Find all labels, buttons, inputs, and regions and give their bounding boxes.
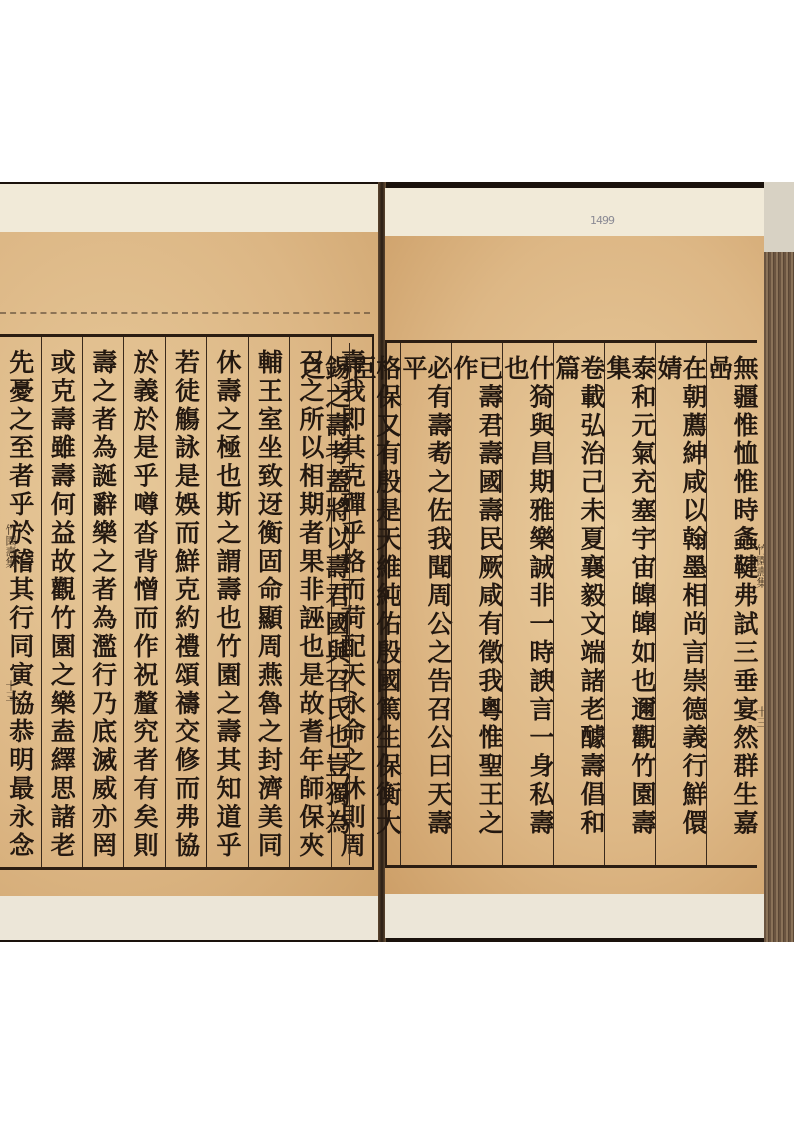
- book-fore-edge: [764, 182, 794, 942]
- pencil-page-number: 1499: [590, 214, 614, 227]
- right-page-bottom-margin: [385, 894, 765, 938]
- column-text: 卷載弘治己未夏襄毅文端諸老醵壽倡和篇: [554, 355, 604, 865]
- column-text: 已壽君壽國壽民厥咸有徵我粵惟聖王之作: [452, 355, 502, 865]
- column-text: 或克壽雖壽何益故觀竹園之樂盍繹思諸老: [49, 349, 74, 860]
- column-text: 輔王室坐致迓衡固命顯周燕魯之封濟美同: [256, 349, 281, 860]
- text-column: 壽之者為誕辭樂之者為濫行乃底滅威亦罔: [82, 337, 123, 867]
- left-margin-title: 竹園壽集: [2, 524, 18, 568]
- right-page: 1499 無疆惟恤惟時螽鞬弗試三垂宴然群生嘉喦 在朝薦紳咸以翰墨相尚言崇德義行鮮…: [385, 188, 765, 938]
- left-page-bottom-margin: [0, 896, 380, 940]
- text-column: 輔王室坐致迓衡固命顯周燕魯之封濟美同: [248, 337, 289, 867]
- open-book: 壽我即其克殫乎格而荷配天永命之休則周 召之所以相期者果非誣也是故耆年師保夾 輔王…: [0, 182, 794, 942]
- column-text: 壽之者為誕辭樂之者為濫行乃底滅威亦罔: [91, 349, 116, 860]
- text-column: 若徒觴詠是娛而鮮克約禮頌禱交修而弗協: [165, 337, 206, 867]
- column-text: 錫之壽考蓋將以壽君國與召氏也豈獨為之: [299, 355, 349, 865]
- text-column: 已壽君壽國壽民厥咸有徵我粵惟聖王之作: [451, 343, 502, 865]
- column-text: 必有壽耇之佐我聞周公之告召公曰天壽平: [401, 355, 451, 865]
- column-text: 休壽之極也斯之謂壽也竹園之壽其知道乎: [215, 349, 240, 860]
- right-page-text-frame: 無疆惟恤惟時螽鞬弗試三垂宴然群生嘉喦 在朝薦紳咸以翰墨相尚言崇德義行鮮儇婧 泰和…: [385, 340, 757, 868]
- column-text: 什猗與昌期雅樂誠非一時諛言一身私壽也: [503, 355, 553, 865]
- left-page-fold-mark: [0, 312, 370, 316]
- text-column: 無疆惟恤惟時螽鞬弗試三垂宴然群生嘉喦: [706, 343, 757, 865]
- text-column: 在朝薦紳咸以翰墨相尚言崇德義行鮮儇婧: [655, 343, 706, 865]
- text-column: 先憂之至者乎於稽其行同寅協恭明最永念: [0, 337, 40, 867]
- text-column: 錫之壽考蓋將以壽君國與召氏也豈獨為之: [299, 343, 349, 865]
- column-text: 泰和元氣充塞宇宙皥皥如也邇觀竹園壽集: [605, 355, 655, 865]
- column-text: 先憂之至者乎於稽其行同寅協恭明最永念: [8, 349, 33, 860]
- left-margin-folio: 十三: [2, 680, 18, 702]
- column-text: 無疆惟恤惟時螽鞬弗試三垂宴然群生嘉喦: [707, 355, 757, 865]
- right-page-paper: 無疆惟恤惟時螽鞬弗試三垂宴然群生嘉喦 在朝薦紳咸以翰墨相尚言崇德義行鮮儇婧 泰和…: [385, 236, 765, 894]
- text-column: 休壽之極也斯之謂壽也竹園之壽其知道乎: [206, 337, 247, 867]
- text-column: 什猗與昌期雅樂誠非一時諛言一身私壽也: [502, 343, 553, 865]
- column-text: 若徒觴詠是娛而鮮克約禮頌禱交修而弗協: [174, 349, 199, 860]
- column-text: 於義於是乎噂沓背憎而作祝釐究者有矣則: [132, 349, 157, 860]
- text-column: 於義於是乎噂沓背憎而作祝釐究者有矣則: [123, 337, 164, 867]
- right-page-top-margin: 1499: [385, 188, 765, 236]
- column-text: 格保又有殷是天維純佑殷國篤生保衡大臣: [350, 355, 400, 865]
- column-text: 在朝薦紳咸以翰墨相尚言崇德義行鮮儇婧: [656, 355, 706, 865]
- book-fore-edge-top: [764, 182, 794, 252]
- text-column: 或克壽雖壽何益故觀竹園之樂盍繹思諸老: [41, 337, 82, 867]
- text-column: 必有壽耇之佐我聞周公之告召公曰天壽平: [400, 343, 451, 865]
- text-column: 卷載弘治己未夏襄毅文端諸老醵壽倡和篇: [553, 343, 604, 865]
- left-page-top-margin: [0, 184, 380, 232]
- text-column: 泰和元氣充塞宇宙皥皥如也邇觀竹園壽集: [604, 343, 655, 865]
- right-page-columns: 無疆惟恤惟時螽鞬弗試三垂宴然群生嘉喦 在朝薦紳咸以翰墨相尚言崇德義行鮮儇婧 泰和…: [387, 343, 757, 865]
- text-column: 格保又有殷是天維純佑殷國篤生保衡大臣: [349, 343, 400, 865]
